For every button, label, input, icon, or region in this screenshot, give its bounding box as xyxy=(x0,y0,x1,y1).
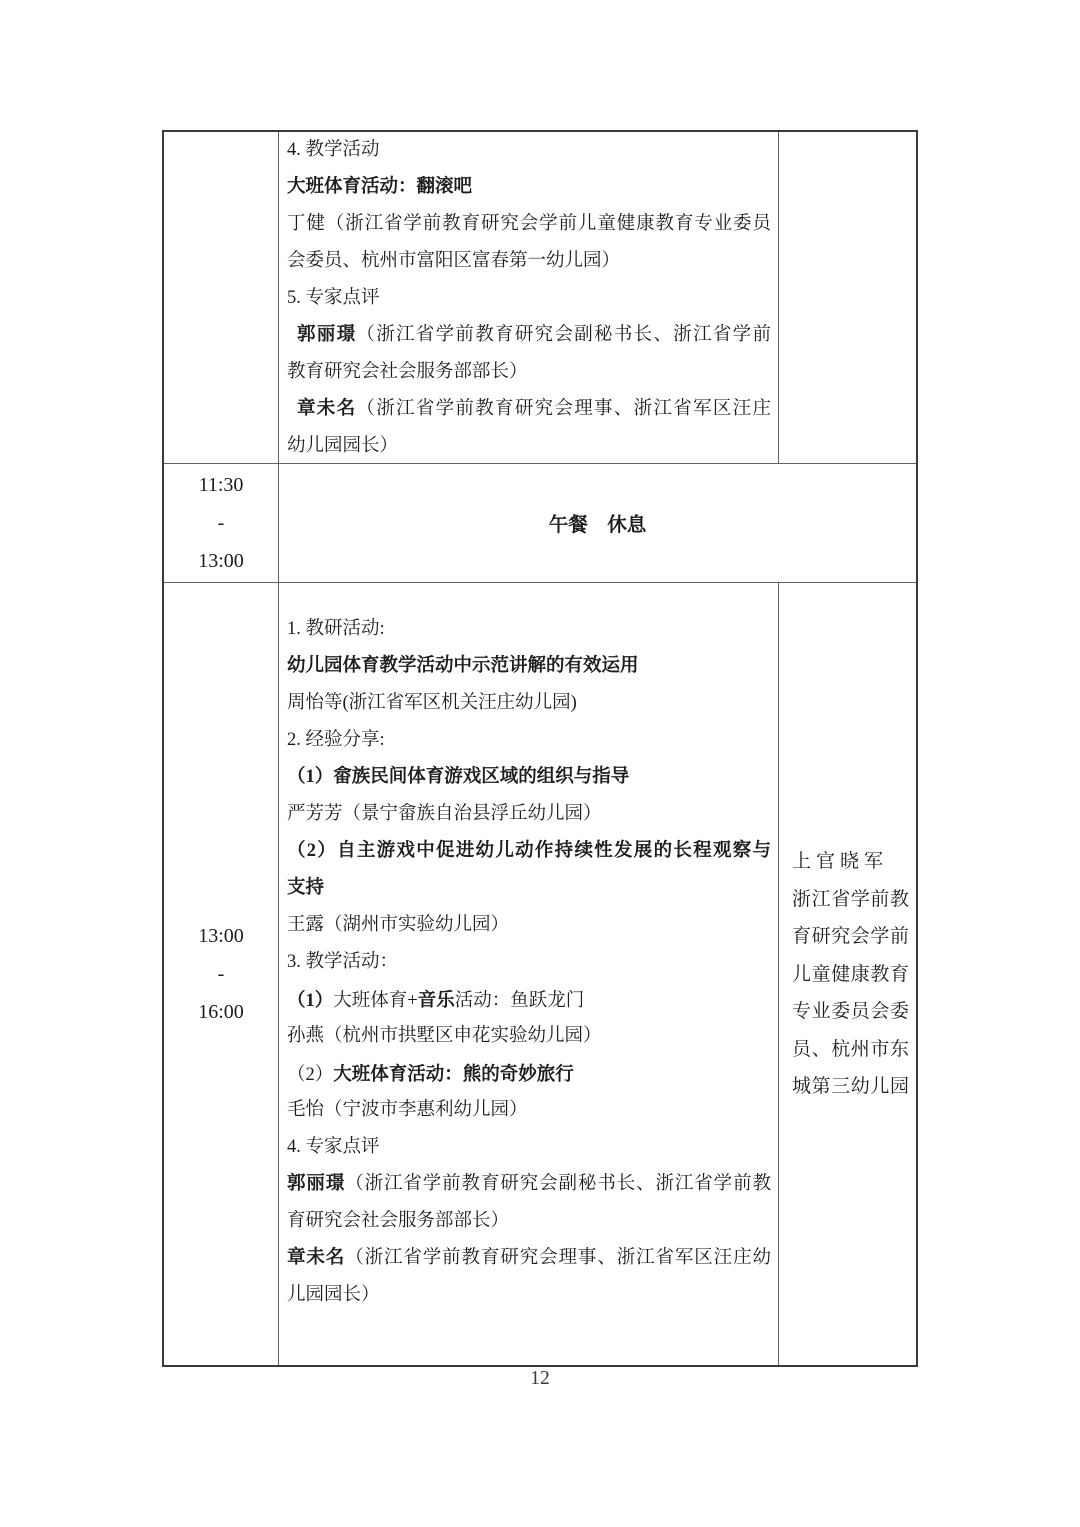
text-run: 幼儿园园长） xyxy=(287,436,398,456)
presenter-affiliation: 浙江省学前教育研究会学前儿童健康教育专业委员会委员、杭州市东城第三幼儿园 xyxy=(792,881,909,1106)
text-run: 教育研究会社会服务部部长） xyxy=(287,362,528,382)
time-end: 13:00 xyxy=(198,542,244,580)
time-cell-empty xyxy=(164,132,278,463)
text-line: 毛怡（宁波市李惠利幼儿园） xyxy=(287,1092,771,1129)
text-line: （1）畲族民间体育游戏区域的组织与指导 xyxy=(287,759,771,796)
text-run: 音乐 xyxy=(418,989,455,1010)
text-line: 支持 xyxy=(287,870,771,907)
text-line: 3. 教学活动： xyxy=(287,944,771,981)
text-run: 会委员、杭州市富阳区富春第一幼儿园） xyxy=(287,251,620,271)
text-run: （浙江省学前教育研究会理事、浙江省军区汪庄幼 xyxy=(345,1248,771,1268)
text-line: （2）自主游戏中促进幼儿动作持续性发展的长程观察与 xyxy=(287,833,771,870)
text-line: 幼儿园园长） xyxy=(287,428,771,463)
text-line: 郭丽璟（浙江省学前教育研究会副秘书长、浙江省学前 xyxy=(287,317,771,354)
text-line: 大班体育活动：翻滚吧 xyxy=(287,169,771,206)
time-cell: 11:30 - 13:00 xyxy=(164,464,278,582)
time-start: 11:30 xyxy=(199,466,244,504)
time-end: 16:00 xyxy=(198,993,244,1031)
content-cell: 1. 教研活动: 幼儿园体育教学活动中示范讲解的有效运用 周怡等(浙江省军区机关… xyxy=(278,583,778,1365)
text-run: 支持 xyxy=(287,878,324,898)
text-line: 4. 专家点评 xyxy=(287,1129,771,1166)
text-run: （浙江省学前教育研究会副秘书长、浙江省学前教 xyxy=(345,1174,771,1194)
text-line: 教育研究会社会服务部部长） xyxy=(287,354,771,391)
text-run: （1）畲族民间体育游戏区域的组织与指导 xyxy=(287,767,629,787)
text-run: 丁健（浙江省学前教育研究会学前儿童健康教育专业委员 xyxy=(287,214,771,234)
text-run: 1. 教研活动: xyxy=(287,619,385,639)
text-run: 章未名 xyxy=(297,399,356,419)
text-run: 王露（湖州市实验幼儿园） xyxy=(287,915,509,935)
text-line: 章未名（浙江省学前教育研究会理事、浙江省军区汪庄幼 xyxy=(287,1240,771,1277)
document-page: { "table": { "row1": { "lines": [ {"runs… xyxy=(0,0,1080,1527)
text-run: （2） xyxy=(287,1065,333,1085)
text-run: 4. 教学活动 xyxy=(287,140,380,160)
text-run: （2）自主游戏中促进幼儿动作持续性发展的长程观察与 xyxy=(287,841,771,861)
text-run: 郭丽璟 xyxy=(287,1174,345,1194)
text-line: 章未名（浙江省学前教育研究会理事、浙江省军区汪庄 xyxy=(287,391,771,428)
text-run: （浙江省学前教育研究会理事、浙江省军区汪庄 xyxy=(356,399,771,419)
text-line: 幼儿园体育教学活动中示范讲解的有效运用 xyxy=(287,648,771,685)
presenter-cell: 上官晓军 浙江省学前教育研究会学前儿童健康教育专业委员会委员、杭州市东城第三幼儿… xyxy=(778,583,916,1365)
text-run: 5. 专家点评 xyxy=(287,288,380,308)
page-number: 12 xyxy=(0,1366,1080,1392)
text-line: 周怡等(浙江省军区机关汪庄幼儿园) xyxy=(287,685,771,722)
text-run: 活动：鱼跃龙门 xyxy=(455,991,585,1011)
text-run: （浙江省学前教育研究会副秘书长、浙江省学前 xyxy=(356,325,771,345)
text-line: 郭丽璟（浙江省学前教育研究会副秘书长、浙江省学前教 xyxy=(287,1166,771,1203)
text-line: （2）大班体育活动：熊的奇妙旅行 xyxy=(287,1055,771,1092)
text-run: 儿园园长） xyxy=(287,1285,380,1305)
text-run: 大班体育活动： xyxy=(333,1065,463,1085)
text-run: 育研究会社会服务部部长） xyxy=(287,1211,509,1231)
text-line: 5. 专家点评 xyxy=(287,280,771,317)
text-line: 严芳芳（景宁畲族自治县浮丘幼儿园） xyxy=(287,796,771,833)
time-dash: - xyxy=(218,955,225,993)
text-line: 2. 经验分享: xyxy=(287,722,771,759)
time-start: 13:00 xyxy=(198,917,244,955)
table-row-continuation: 4. 教学活动 大班体育活动：翻滚吧 丁健（浙江省学前教育研究会学前儿童健康教育… xyxy=(164,132,916,463)
lunch-label: 午餐 休息 xyxy=(549,509,647,537)
text-run: 周怡等(浙江省军区机关汪庄幼儿园) xyxy=(287,693,577,713)
text-run: 幼儿园体育教学活动中示范讲解的有效运用 xyxy=(287,656,639,676)
text-line: 丁健（浙江省学前教育研究会学前儿童健康教育专业委员 xyxy=(287,206,771,243)
text-run: 大班体育活动：翻滚吧 xyxy=(287,177,472,197)
text-run: 毛怡（宁波市李惠利幼儿园） xyxy=(287,1100,528,1120)
text-run: 熊的奇妙旅行 xyxy=(463,1063,574,1084)
text-line: 儿园园长） xyxy=(287,1277,771,1314)
text-run: 孙燕（杭州市拱墅区申花实验幼儿园） xyxy=(287,1026,602,1046)
text-run: 郭丽璟 xyxy=(297,325,356,345)
time-dash: - xyxy=(218,504,225,542)
text-line: 会委员、杭州市富阳区富春第一幼儿园） xyxy=(287,243,771,280)
text-run: 严芳芳（景宁畲族自治县浮丘幼儿园） xyxy=(287,804,602,824)
table-row-lunch: 11:30 - 13:00 午餐 休息 xyxy=(164,463,916,582)
text-line: （1）大班体育+音乐活动：鱼跃龙门 xyxy=(287,981,771,1018)
presenter-cell-empty xyxy=(778,132,916,463)
text-run: 大班体育+ xyxy=(333,991,417,1011)
time-cell: 13:00 - 16:00 xyxy=(164,583,278,1365)
text-run: 章未名 xyxy=(287,1248,345,1268)
text-line: 孙燕（杭州市拱墅区申花实验幼儿园） xyxy=(287,1018,771,1055)
text-run: 3. 教学活动： xyxy=(287,952,398,972)
table-row-afternoon: 13:00 - 16:00 1. 教研活动: 幼儿园体育教学活动中示范讲解的有效… xyxy=(164,582,916,1365)
lunch-cell: 午餐 休息 xyxy=(278,464,916,582)
text-line: 4. 教学活动 xyxy=(287,132,771,169)
content-cell: 4. 教学活动 大班体育活动：翻滚吧 丁健（浙江省学前教育研究会学前儿童健康教育… xyxy=(278,132,778,463)
text-line: 1. 教研活动: xyxy=(287,611,771,648)
schedule-table: 4. 教学活动 大班体育活动：翻滚吧 丁健（浙江省学前教育研究会学前儿童健康教育… xyxy=(162,130,918,1367)
text-line: 育研究会社会服务部部长） xyxy=(287,1203,771,1240)
text-run: 2. 经验分享: xyxy=(287,730,385,750)
text-run: （1） xyxy=(287,991,333,1011)
text-run: 4. 专家点评 xyxy=(287,1137,380,1157)
text-line: 王露（湖州市实验幼儿园） xyxy=(287,907,771,944)
presenter-name: 上官晓军 xyxy=(792,843,888,881)
